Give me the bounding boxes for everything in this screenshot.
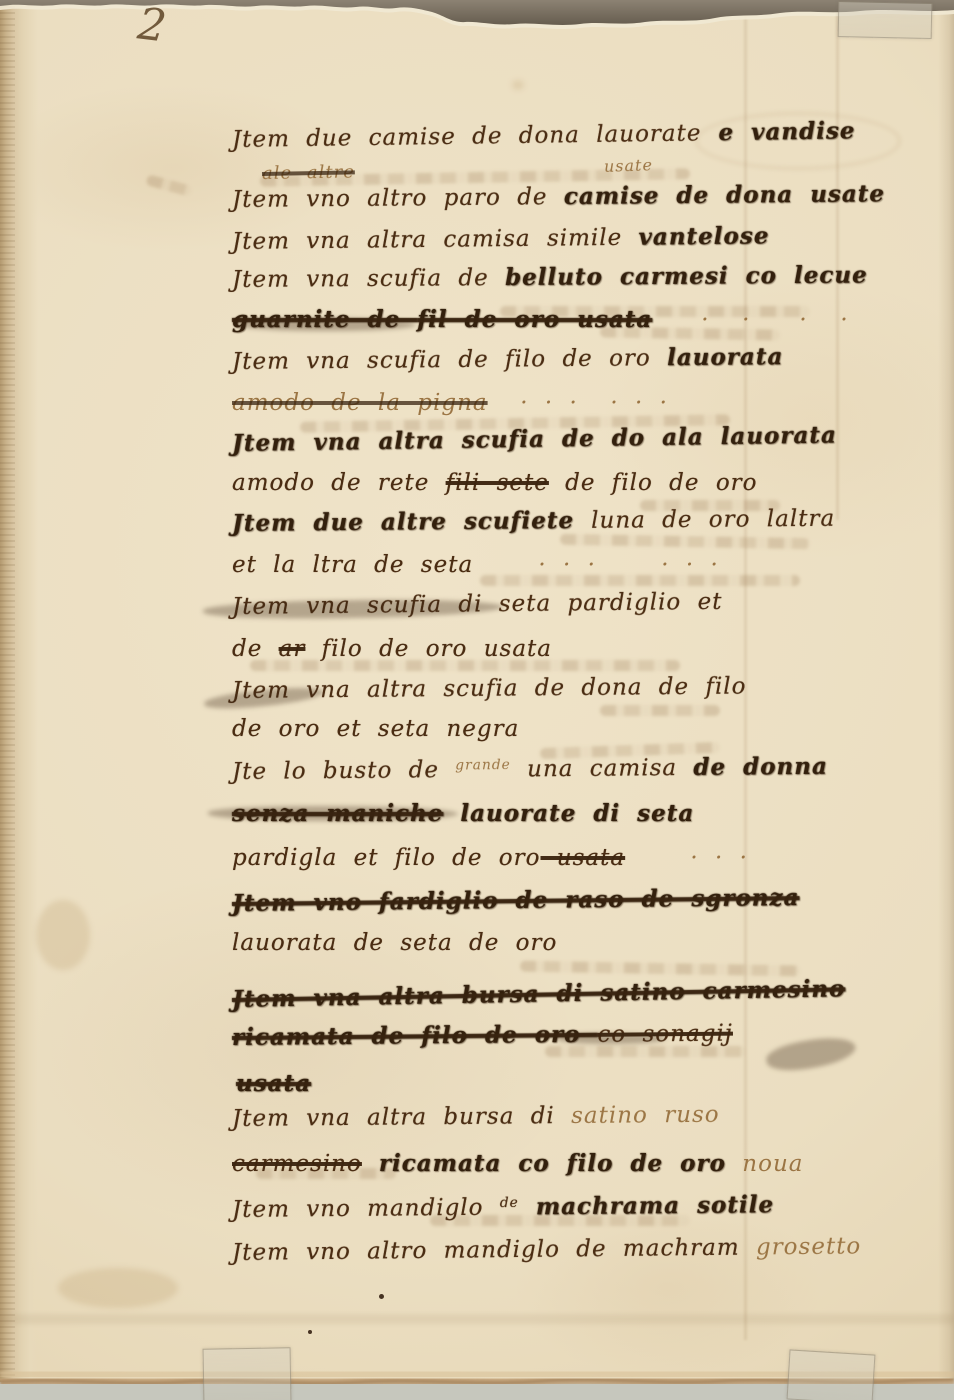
manuscript-text-run: lauorata de seta de oro — [232, 930, 557, 956]
manuscript-text-run: una camisa — [511, 755, 694, 783]
manuscript-text-run: amodo de rete — [232, 470, 446, 496]
manuscript-line: Jtem vno mandiglo de machrama sotile — [232, 1191, 774, 1223]
manuscript-line: de oro et seta negra — [232, 716, 519, 742]
manuscript-line: amodo de la pigna · · · · · · — [232, 390, 668, 416]
manuscript-text-run: Jte lo busto de — [232, 757, 456, 785]
manuscript-line: Jtem vna altra bursa di satino carmesino — [232, 975, 846, 1013]
ink-fleck — [308, 1330, 312, 1334]
manuscript-line: Jtem vna altra bursa di satino ruso — [232, 1102, 720, 1132]
manuscript-text-run: noua — [726, 1151, 804, 1177]
manuscript-line: Jtem due camise de dona lauorate e vandi… — [232, 117, 856, 153]
manuscript-line: pardigla et filo de oro usata · · · — [232, 845, 748, 871]
manuscript-text-run: ar — [279, 636, 306, 662]
manuscript-text-run: e vandise — [701, 117, 855, 146]
manuscript-text-run: Jtem vna altra camisa simile — [232, 225, 639, 255]
manuscript-text-run: vantelose — [638, 222, 769, 250]
manuscript-text-run: ricamata de filo de oro — [232, 1021, 598, 1051]
manuscript-text-run: amodo de la pigna — [232, 390, 488, 416]
manuscript-text-run: lauorata — [667, 343, 783, 371]
adhesive-tape-bottom-left — [203, 1347, 292, 1400]
manuscript-line: amodo de rete fili sete de filo de oro — [232, 470, 758, 496]
adhesive-tape-bottom-right — [787, 1349, 876, 1400]
manuscript-text-run: satino ruso — [571, 1102, 720, 1129]
ink-smear — [236, 318, 416, 331]
manuscript-text-run: Jtem vna scufia de filo de oro — [232, 345, 667, 375]
manuscript-text-run: Jtem vno mandiglo — [232, 1195, 500, 1223]
manuscript-text-run: ricamata co filo de oro — [362, 1150, 726, 1177]
manuscript-text-run: de — [500, 1195, 519, 1211]
manuscript-text-run: camise de dona usate — [564, 180, 885, 210]
manuscript-text-run: Jtem vna altra bursa di satino carmesino — [232, 975, 846, 1013]
manuscript-line: usata — [236, 1070, 311, 1097]
manuscript-text-run: machrama — [519, 1192, 697, 1221]
manuscript-text-run: fili sete — [446, 470, 549, 496]
manuscript-text-run: · · · · · · — [473, 552, 719, 578]
manuscript-text-run: Jtem vno altro mandiglo de machram — [232, 1235, 756, 1266]
manuscript-text-run: lauorate di seta — [443, 800, 694, 827]
manuscript-line: ale altre — [262, 161, 355, 184]
manuscript-text-run: carmesino — [232, 1151, 362, 1177]
manuscript-scan: Jtem due camise de dona lauorate e vandi… — [0, 0, 954, 1400]
manuscript-line: Jtem due altre scufiete luna de oro lalt… — [232, 505, 835, 537]
manuscript-line: Jtem vna scufia de belluto carmesi co le… — [232, 262, 868, 293]
manuscript-text-run: de oro et seta negra — [232, 716, 519, 742]
manuscript-text-run: Jtem vna altra bursa di — [232, 1103, 571, 1132]
manuscript-line: Jtem vna scufia de filo de oro lauorata — [232, 343, 784, 375]
manuscript-line: Jtem vno altro paro de camise de dona us… — [232, 180, 885, 213]
manuscript-text-run: de filo de oro — [549, 470, 758, 496]
manuscript-text-run: usata — [541, 845, 626, 871]
text-block: Jtem due camise de dona lauorate e vandi… — [0, 0, 954, 1400]
adhesive-tape-top-right — [838, 1, 933, 39]
manuscript-text-run: de donna — [693, 753, 828, 781]
manuscript-line: et la ltra de seta · · · · · · — [232, 552, 719, 578]
manuscript-line: Jte lo busto de grande una camisa de don… — [232, 753, 828, 785]
manuscript-text-run: luna de oro laltra — [591, 506, 835, 534]
manuscript-line: carmesino ricamata co filo de oro noua — [232, 1150, 803, 1177]
ink-smear — [208, 806, 458, 821]
manuscript-text-run: fil de oro usata — [417, 306, 652, 333]
manuscript-text-run: · · · · — [652, 307, 848, 333]
manuscript-line: Jtem vna altra camisa simile vantelose — [232, 222, 770, 255]
manuscript-text-run: pardigla et filo de oro — [232, 845, 541, 871]
manuscript-text-run: Jtem vna scufia de — [232, 265, 505, 293]
manuscript-text-run: sotile — [697, 1191, 774, 1219]
manuscript-line: usate — [604, 155, 654, 176]
manuscript-text-run: Jtem vno fardiglio de raso de sgronza — [232, 884, 800, 917]
manuscript-text-run: belluto carmesi co lecue — [505, 262, 868, 292]
manuscript-text-run: · · · — [625, 845, 748, 871]
manuscript-text-run: Jtem due camise de dona lauorate — [232, 120, 702, 153]
manuscript-line: lauorata de seta de oro — [232, 930, 557, 956]
ink-fleck — [379, 1294, 384, 1299]
manuscript-text-run: usate — [604, 155, 654, 176]
manuscript-text-run: filo de oro usata — [305, 636, 552, 662]
manuscript-line: Jtem vno fardiglio de raso de sgronza — [232, 884, 800, 917]
manuscript-text-run: Jtem due altre scufiete — [232, 507, 591, 537]
manuscript-text-run: ale altre — [262, 161, 355, 184]
manuscript-text-run: de — [232, 636, 279, 662]
manuscript-line: Jtem vno altro mandiglo de machram grose… — [232, 1233, 862, 1266]
manuscript-text-run: et la ltra de seta — [232, 552, 473, 578]
manuscript-text-run: Jtem vno altro paro de — [232, 184, 564, 213]
manuscript-line: Jtem vna altra scufia de do ala lauorata — [232, 422, 837, 457]
manuscript-text-run: grosetto — [756, 1233, 862, 1260]
manuscript-line: de ar filo de oro usata — [232, 636, 552, 662]
manuscript-text-run: usata — [236, 1070, 311, 1097]
manuscript-text-run: · · · · · · — [488, 390, 668, 416]
ink-smear — [556, 1033, 666, 1044]
manuscript-text-run: Jtem vna altra scufia de do ala lauorata — [232, 422, 837, 457]
manuscript-text-run: grande — [455, 757, 511, 773]
